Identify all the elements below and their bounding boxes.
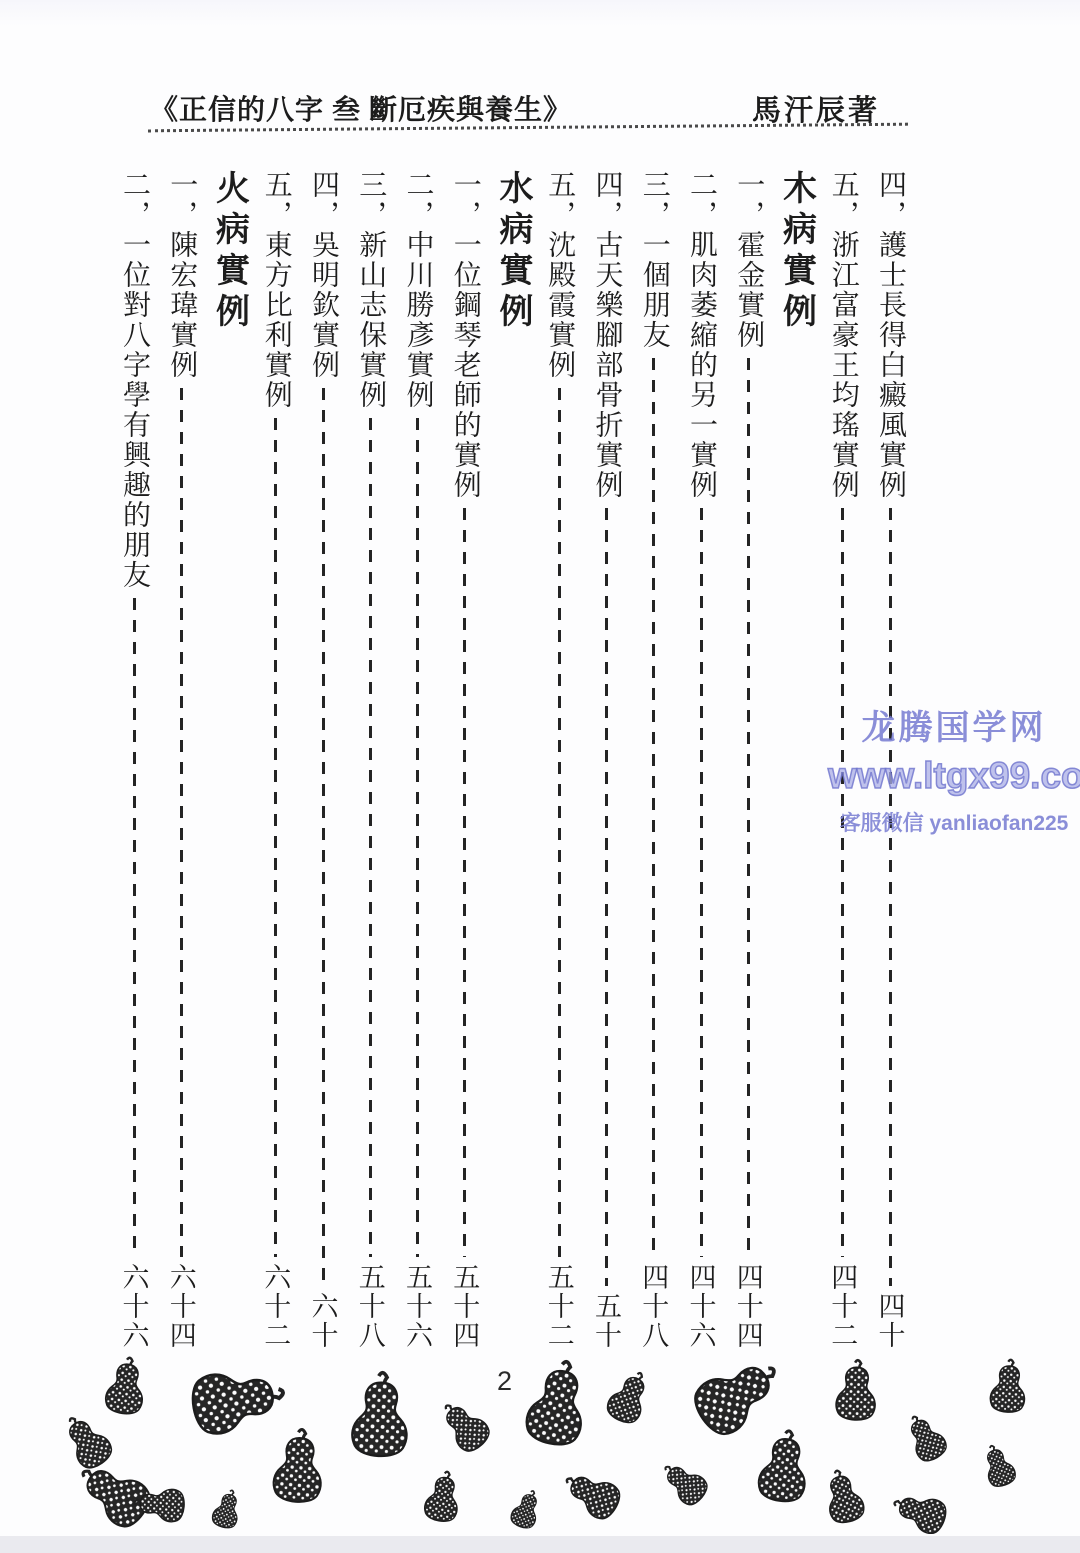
toc-entry-text: 二，一位對八字學有興趣的朋友: [112, 170, 156, 590]
toc-column: 三，一個朋友 四十八: [632, 170, 676, 1350]
toc-column: 五，浙江富豪王均瑤實例 四十二: [821, 170, 865, 1350]
toc-dotted-leader: [558, 388, 561, 1257]
toc-entry-text: 五，沈殿霞實例: [537, 170, 581, 380]
toc-dotted-leader: [369, 418, 372, 1257]
toc-dotted-leader: [652, 358, 655, 1257]
toc-column: 五，沈殿霞實例 五十二: [537, 170, 581, 1350]
toc-column: 五，東方比利實例 六十二: [254, 170, 298, 1350]
toc-column: 二，肌肉萎縮的另一實例 四十六: [679, 170, 723, 1350]
toc-entry-text: 一，霍金實例: [726, 170, 770, 350]
toc-entry-text: 三，一個朋友: [632, 170, 676, 350]
toc-entry-text: 二，肌肉萎縮的另一實例: [679, 170, 723, 500]
toc-entry-text: 五，東方比利實例: [254, 170, 298, 410]
toc-column: 一，一位鋼琴老師的實例 五十四: [443, 170, 487, 1350]
toc-columns: 四，護士長得白癜風實例 四十 五，浙江富豪王均瑤實例 四十二 木病實例 一，霍金…: [112, 170, 912, 1350]
toc-column: 四，護士長得白癜風實例 四十: [868, 170, 912, 1350]
toc-dotted-leader: [180, 388, 183, 1257]
toc-entry-text: 五，浙江富豪王均瑤實例: [821, 170, 865, 500]
toc-entry-text: 三，新山志保實例: [348, 170, 392, 410]
toc-dotted-leader: [274, 418, 277, 1257]
toc-column: 一，霍金實例 四十四: [726, 170, 770, 1350]
toc-column: 木病實例: [774, 170, 818, 1350]
toc-entry-text: 四，古天樂腳部骨折實例: [585, 170, 629, 500]
toc-entry-text: 四，護士長得白癜風實例: [868, 170, 912, 500]
gourd-lace-stamps: [0, 1255, 1080, 1553]
toc-dotted-leader: [747, 358, 750, 1257]
toc-column: 三，新山志保實例 五十八: [348, 170, 392, 1350]
toc-column: 水病實例: [490, 170, 534, 1350]
toc-entry-text: 四，吳明欽實例: [301, 170, 345, 380]
toc-column: 一，陳宏瑋實例 六十四: [159, 170, 203, 1350]
toc-column: 四，吳明欽實例 六十: [301, 170, 345, 1350]
toc-dotted-leader: [322, 388, 325, 1286]
toc-entry-text: 木病實例: [774, 170, 818, 334]
scanned-book-page: 《正信的八字 叁 斷厄疾與養生》 馬汗辰著 四，護士長得白癜風實例 四十 五，浙…: [0, 0, 1080, 1553]
scan-edge-top: [0, 0, 1080, 26]
toc-entry-text: 二，中川勝彥實例: [396, 170, 440, 410]
toc-entry-text: 一，陳宏瑋實例: [159, 170, 203, 380]
book-title: 《正信的八字 叁 斷厄疾與養生》: [150, 88, 572, 128]
toc-column: 二，中川勝彥實例 五十六: [396, 170, 440, 1350]
toc-dotted-leader: [700, 508, 703, 1257]
toc-entry-text: 水病實例: [490, 170, 534, 334]
toc-dotted-leader: [841, 508, 844, 1257]
toc-entry-text: 一，一位鋼琴老師的實例: [443, 170, 487, 500]
toc-dotted-leader: [133, 598, 136, 1257]
toc-entry-text: 火病實例: [207, 170, 251, 334]
toc-column: 四，古天樂腳部骨折實例 五十: [585, 170, 629, 1350]
toc-column: 二，一位對八字學有興趣的朋友 六十六: [112, 170, 156, 1350]
toc-dotted-leader: [889, 508, 892, 1286]
toc-dotted-leader: [605, 508, 608, 1286]
scan-edge-bottom: [0, 1536, 1080, 1553]
toc-dotted-leader: [416, 418, 419, 1257]
toc-dotted-leader: [463, 508, 466, 1257]
toc-column: 火病實例: [207, 170, 251, 1350]
